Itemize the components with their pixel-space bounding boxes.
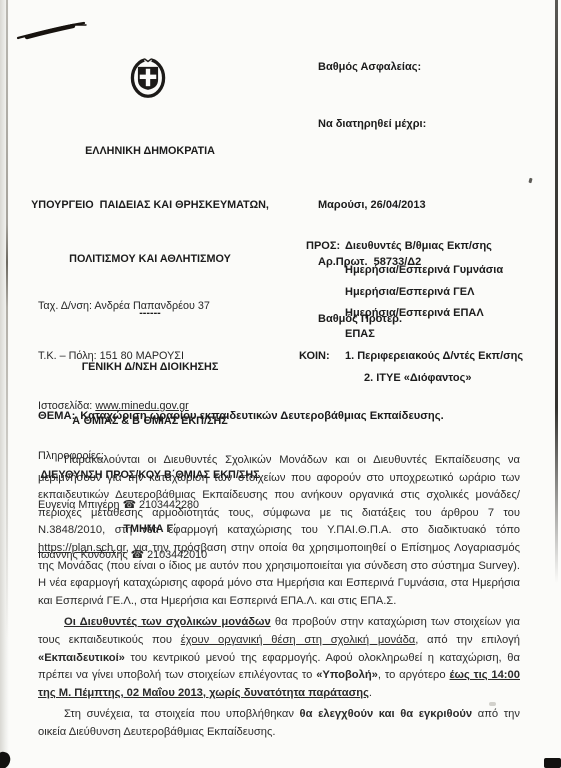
cc-item-2: 2. ΙΤΥΕ «Διόφαντος» <box>364 372 471 384</box>
to-recipient-item: Ημερήσια/Εσπερινά ΓΕΛ <box>345 286 474 298</box>
retain-until-label: Να διατηρηθεί μέχρι: <box>318 115 426 134</box>
subject-line: ΘΕΜΑ:Καταχώριση ωραρίου εκπαιδευτικών Δε… <box>38 410 538 422</box>
to-label: ΠΡΟΣ: <box>306 240 340 252</box>
to-recipient-item: Ημερήσια/Εσπερινά ΕΠΑΛ <box>345 307 484 319</box>
scan-bottom-right-mark <box>544 758 561 768</box>
scan-bottom-left-mark <box>0 750 12 768</box>
hellenic-republic-line: ΕΛΛΗΝΙΚΗ ΔΗΜΟΚΡΑΤΙΑ <box>10 142 290 160</box>
security-grade-label: Βαθμός Ασφαλείας: <box>318 58 426 77</box>
postal-address: Ταχ. Δ/νση: Ανδρέα Παπανδρέου 37 <box>38 298 210 315</box>
cc-item-1: 1. Περιφερειακούς Δ/ντές Εκπ/σης <box>345 350 523 362</box>
body-paragraph-1: Παρακαλούνται οι Διευθυντές Σχολικών Μον… <box>38 452 520 610</box>
scan-speck <box>528 178 532 184</box>
letter-body: Παρακαλούνται οι Διευθυντές Σχολικών Μον… <box>38 452 520 742</box>
place-date: Μαρούσι, 26/04/2013 <box>318 196 426 215</box>
ministry-line-1: ΥΠΟΥΡΓΕΙΟ ΠΑΙΔΕΙΑΣ ΚΑΙ ΘΡΗΣΚΕΥΜΑΤΩΝ, <box>10 196 290 214</box>
body-paragraph-3: Στη συνέχεια, τα στοιχεία που υποβλήθηκα… <box>38 706 520 741</box>
subject-label: ΘΕΜΑ: <box>38 410 75 422</box>
scan-right-edge-line <box>555 0 558 583</box>
to-recipient-item: Ημερήσια/Εσπερινά Γυμνάσια <box>345 264 503 276</box>
security-classification-block: Βαθμός Ασφαλείας: Να διατηρηθεί μέχρι: <box>318 20 426 172</box>
to-recipient-main: Διευθυντές Β/θμιας Εκπ/σης <box>345 240 492 252</box>
postal-city: Τ.Κ. – Πόλη: 151 80 ΜΑΡΟΥΣΙ <box>38 348 210 365</box>
pen-stroke-mark <box>16 19 88 43</box>
scanned-document-page: Βαθμός Ασφαλείας: Να διατηρηθεί μέχρι: Ε… <box>0 0 561 768</box>
greek-coat-of-arms-icon <box>126 52 170 102</box>
body-paragraph-2: Οι Διευθυντές των σχολικών μονάδων θα πρ… <box>38 614 520 702</box>
subject-text: Καταχώριση ωραρίου εκπαιδευτικών Δευτερο… <box>80 410 443 422</box>
scan-left-edge-shadow <box>0 0 9 768</box>
scan-left-edge-line <box>6 0 8 640</box>
to-recipient-item: ΕΠΑΣ <box>345 328 375 340</box>
cc-label: ΚΟΙΝ: <box>299 350 330 362</box>
